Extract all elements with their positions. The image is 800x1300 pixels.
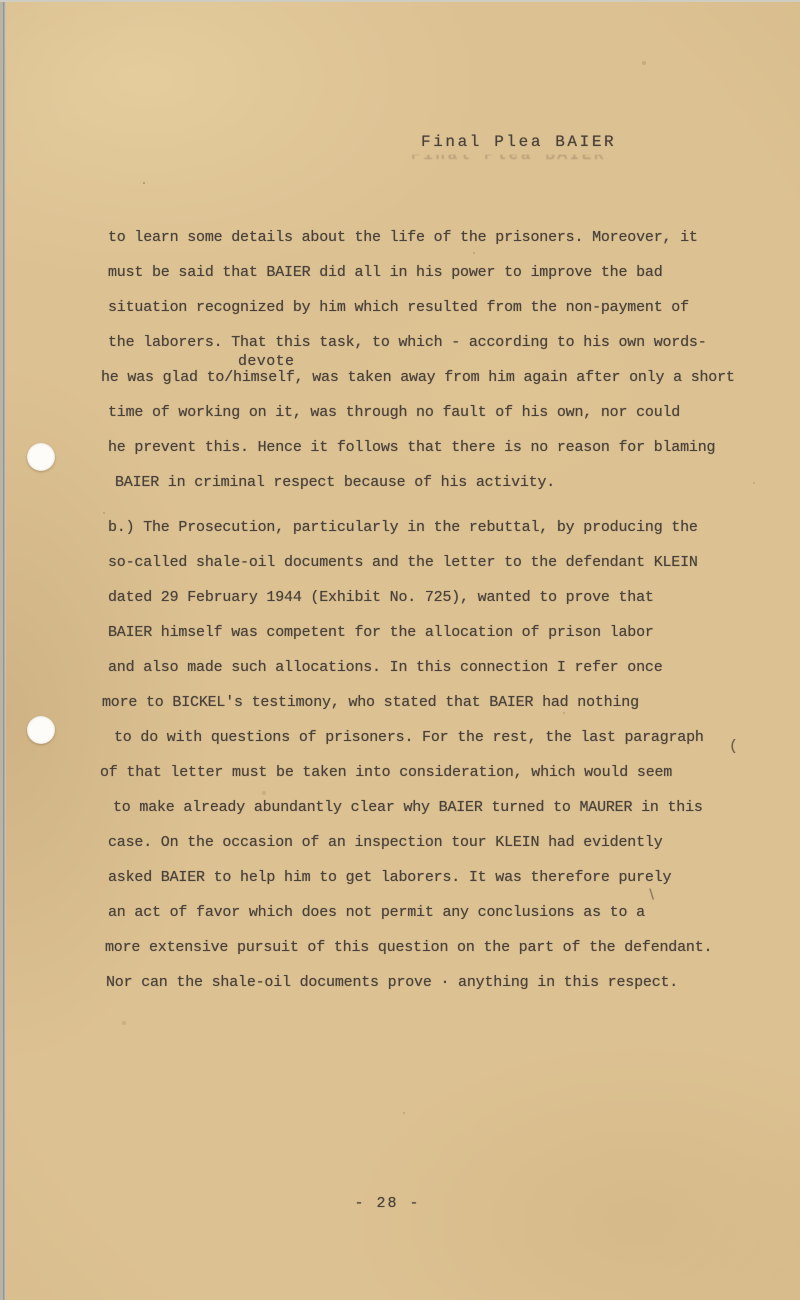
document-body: to learn some details about the life of …	[108, 220, 768, 1000]
text-line: he was glad to/himself, was taken away f…	[101, 360, 768, 395]
paper-specks	[143, 182, 145, 184]
paragraph-b: b.) The Prosecution, particularly in the…	[108, 510, 768, 1000]
text-line: dated 29 February 1944 (Exhibit No. 725)…	[108, 580, 768, 615]
text-line: to make already abundantly clear why BAI…	[113, 790, 768, 825]
text-line: of that letter must be taken into consid…	[100, 755, 768, 790]
text-line: and also made such allocations. In this …	[108, 650, 768, 685]
text-line: to learn some details about the life of …	[108, 220, 768, 255]
text-line: the laborers. That this task, to which -…	[108, 325, 768, 360]
stray-mark-paren: (	[729, 738, 738, 755]
text-line: b.) The Prosecution, particularly in the…	[108, 510, 768, 545]
text-line: more to BICKEL's testimony, who stated t…	[102, 685, 768, 720]
text-line: situation recognized by him which result…	[108, 290, 768, 325]
text-line: an act of favor which does not permit an…	[108, 895, 768, 930]
page-number: - 28 -	[0, 1195, 786, 1212]
scan-edge-top	[0, 0, 800, 2]
document-page: Final Plea BAIER Final Plea BAIER devote…	[3, 2, 800, 1300]
hole-punch-bottom	[27, 716, 55, 744]
text-line: BAIER himself was competent for the allo…	[108, 615, 768, 650]
text-line: to do with questions of prisoners. For t…	[114, 720, 768, 755]
hole-punch-top	[27, 443, 55, 471]
scan-edge-left	[3, 2, 6, 1300]
text-line: BAIER in criminal respect because of his…	[115, 465, 768, 500]
text-line: must be said that BAIER did all in his p…	[108, 255, 768, 290]
text-line: time of working on it, was through no fa…	[108, 395, 768, 430]
text-line: case. On the occasion of an inspection t…	[108, 825, 768, 860]
paragraph-a: to learn some details about the life of …	[108, 220, 768, 500]
page-title: Final Plea BAIER	[421, 133, 616, 151]
text-line: so-called shale-oil documents and the le…	[108, 545, 768, 580]
text-line: more extensive pursuit of this question …	[105, 930, 768, 965]
text-line: Nor can the shale-oil documents prove · …	[106, 965, 768, 1000]
text-line: asked BAIER to help him to get laborers.…	[108, 860, 768, 895]
text-line: he prevent this. Hence it follows that t…	[108, 430, 768, 465]
